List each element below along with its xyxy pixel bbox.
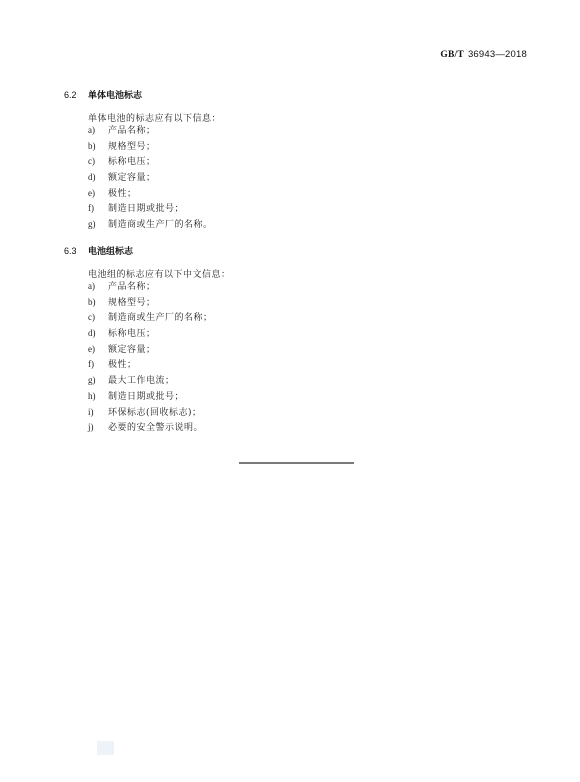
section-number: 6.2 xyxy=(64,90,88,100)
list-marker: c) xyxy=(88,154,108,170)
requirement-list-6-3: a)产品名称； b)规格型号； c)制造商或生产厂的名称； d)标称电压； e)… xyxy=(88,279,213,436)
list-item: f)制造日期或批号； xyxy=(88,201,213,217)
list-item: d)标称电压； xyxy=(88,326,213,342)
list-item-text: 规格型号； xyxy=(108,298,156,308)
list-item: a)产品名称； xyxy=(88,279,213,295)
section-heading-6-3: 6.3电池组标志 xyxy=(64,244,133,257)
list-item-text: 产品名称； xyxy=(108,126,156,136)
list-marker: g) xyxy=(88,217,108,233)
section-number: 6.3 xyxy=(64,246,88,256)
end-of-document-rule xyxy=(239,462,354,464)
list-item: c)标称电压； xyxy=(88,154,213,170)
watermark-logo xyxy=(97,741,114,755)
list-item: b)规格型号； xyxy=(88,295,213,311)
list-marker: f) xyxy=(88,201,108,217)
list-item: c)制造商或生产厂的名称； xyxy=(88,310,213,326)
standard-prefix: GB/T xyxy=(440,50,464,60)
list-item: j)必要的安全警示说明。 xyxy=(88,420,213,436)
list-marker: f) xyxy=(88,357,108,373)
section-title: 电池组标志 xyxy=(88,247,133,257)
list-marker: g) xyxy=(88,373,108,389)
list-marker: d) xyxy=(88,170,108,186)
list-item-text: 最大工作电流； xyxy=(108,376,175,386)
list-item-text: 制造日期或批号； xyxy=(108,204,184,214)
list-item: g)最大工作电流； xyxy=(88,373,213,389)
list-item-text: 标称电压； xyxy=(108,157,156,167)
list-marker: c) xyxy=(88,310,108,326)
standard-number-header: GB/T36943—2018 xyxy=(440,49,527,60)
list-marker: d) xyxy=(88,326,108,342)
list-item-text: 制造商或生产厂的名称。 xyxy=(108,220,213,230)
section-heading-6-2: 6.2单体电池标志 xyxy=(64,88,142,101)
list-marker: i) xyxy=(88,405,108,421)
list-item: f)极性； xyxy=(88,357,213,373)
list-item: b)规格型号； xyxy=(88,139,213,155)
standard-number: 36943—2018 xyxy=(468,49,527,60)
list-item: e)额定容量； xyxy=(88,342,213,358)
list-marker: j) xyxy=(88,420,108,436)
list-item: i)环保标志(回收标志)； xyxy=(88,405,213,421)
list-item-text: 极性； xyxy=(108,189,137,199)
list-marker: a) xyxy=(88,279,108,295)
list-item: a)产品名称； xyxy=(88,123,213,139)
requirement-list-6-2: a)产品名称； b)规格型号； c)标称电压； d)额定容量； e)极性； f)… xyxy=(88,123,213,233)
list-item-text: 极性； xyxy=(108,360,137,370)
section-title: 单体电池标志 xyxy=(88,91,142,101)
list-item: e)极性； xyxy=(88,186,213,202)
list-item-text: 额定容量； xyxy=(108,173,156,183)
list-item: d)额定容量； xyxy=(88,170,213,186)
list-marker: e) xyxy=(88,186,108,202)
list-marker: e) xyxy=(88,342,108,358)
list-item: h)制造日期或批号； xyxy=(88,389,213,405)
list-marker: b) xyxy=(88,139,108,155)
list-item-text: 必要的安全警示说明。 xyxy=(108,423,203,433)
list-marker: a) xyxy=(88,123,108,139)
list-item-text: 额定容量； xyxy=(108,345,156,355)
list-marker: h) xyxy=(88,389,108,405)
list-item-text: 标称电压； xyxy=(108,329,156,339)
list-item-text: 产品名称； xyxy=(108,282,156,292)
list-item-text: 规格型号； xyxy=(108,142,156,152)
list-item-text: 环保标志(回收标志)； xyxy=(108,408,202,418)
list-item: g)制造商或生产厂的名称。 xyxy=(88,217,213,233)
list-item-text: 制造日期或批号； xyxy=(108,392,184,402)
list-item-text: 制造商或生产厂的名称； xyxy=(108,313,213,323)
list-marker: b) xyxy=(88,295,108,311)
